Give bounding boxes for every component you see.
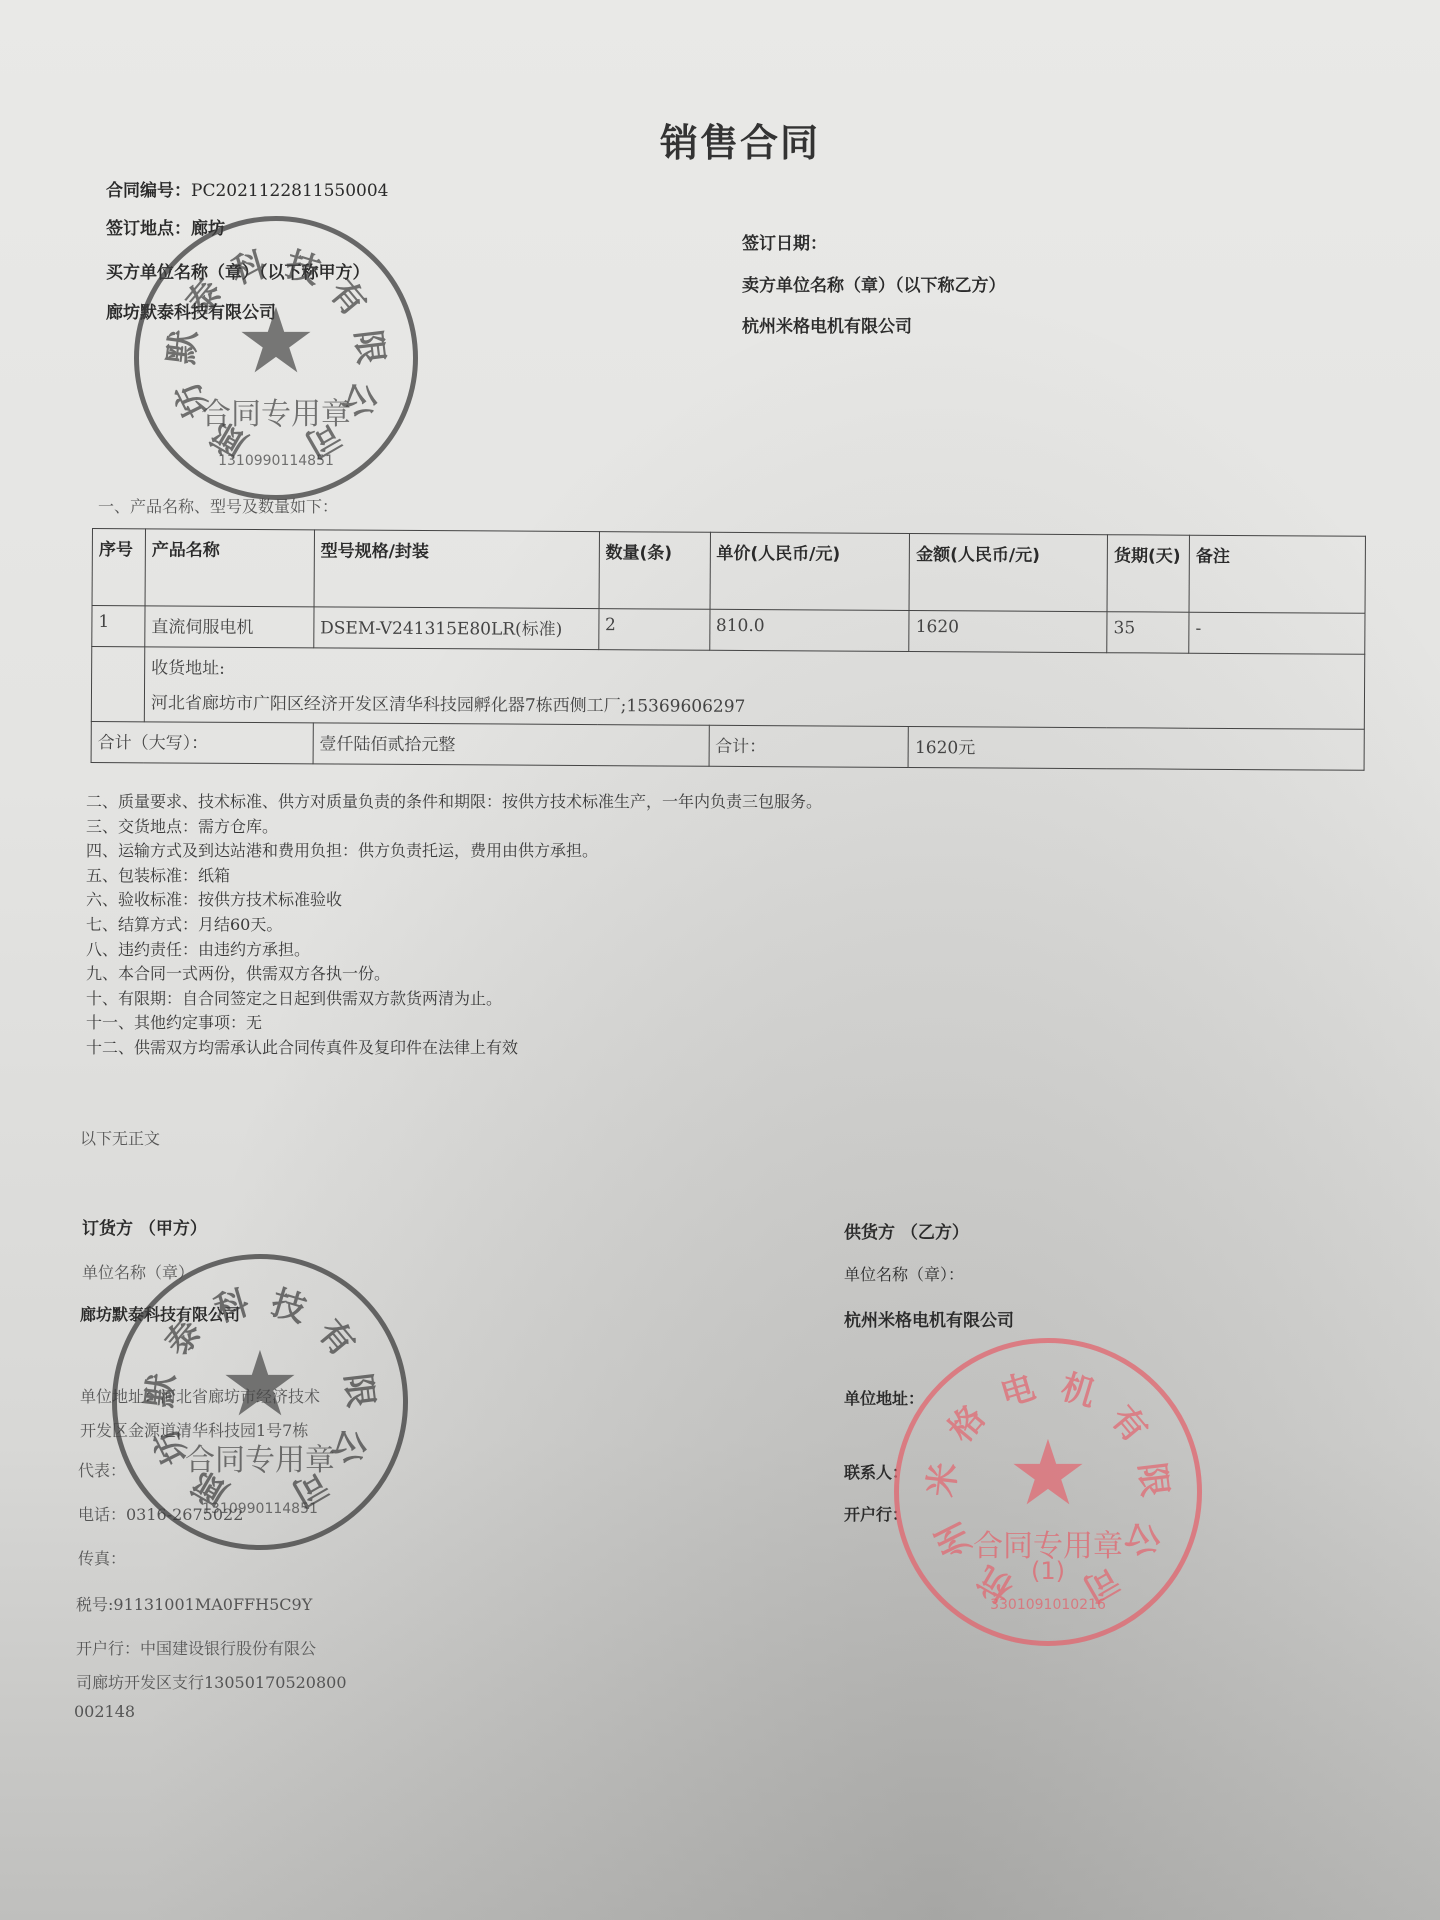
- party-a-bank-1: 开户行：中国建设银行股份有限公: [76, 1636, 316, 1659]
- cell-delivery-days: 35: [1107, 612, 1189, 653]
- clause-10: 十、有限期：自合同签定之日起到供需双方款货两清为止。: [86, 987, 822, 1012]
- clause-3: 三、交货地点：需方仓库。: [86, 815, 822, 840]
- party-a-name-label: 单位名称（章）: [82, 1260, 194, 1283]
- col-header: 金额(人民币/元): [909, 533, 1107, 611]
- party-b-contact-label: 联系人：: [844, 1460, 908, 1483]
- clause-12: 十二、供需双方均需承认此合同传真件及复印件在法律上有效: [86, 1036, 822, 1061]
- clause-4: 四、运输方式及到达站港和费用负担：供方负责托运，费用由供方承担。: [86, 839, 822, 864]
- seller-label: 卖方单位名称（章）（以下称乙方）: [742, 271, 1006, 296]
- seal-code: 3301091010216: [899, 1597, 1197, 1613]
- address-spacer: [91, 647, 144, 722]
- party-a-address-1: 单位地址：河北省廊坊市经济技术: [80, 1384, 320, 1407]
- clause-8: 八、违约责任：由违约方承担。: [86, 938, 822, 963]
- seal-ring-char: 司: [285, 1461, 339, 1520]
- total-label: 合计：: [709, 725, 909, 767]
- col-header: 产品名称: [145, 529, 314, 607]
- seal-ring-char: 公: [333, 375, 392, 427]
- clause-9: 九、本合同一式两份，供需双方各执一份。: [86, 962, 822, 987]
- sign-place: 签订地点：廊坊: [106, 214, 225, 239]
- cell-model: DSEM-V241315E80LR(标准): [314, 607, 599, 650]
- table-header-row: 序号 产品名称 型号规格/封装 数量(条) 单价(人民币/元) 金额(人民币/元…: [92, 529, 1365, 614]
- party-b-address-label: 单位地址：: [844, 1386, 924, 1409]
- seal-ring-char: 限: [336, 1370, 389, 1409]
- col-header: 货期(天): [1107, 535, 1189, 612]
- party-a-heading: 订货方 （甲方）: [82, 1214, 207, 1239]
- party-a-tax-id: 税号:91131001MA0FFH5C9Y: [76, 1592, 312, 1615]
- seal-ring-char: 公: [1116, 1515, 1175, 1567]
- buyer-name: 廊坊默泰科技有限公司: [106, 298, 276, 323]
- party-a-bank-3: 002148: [74, 1702, 135, 1721]
- seal-ring-char: 限: [1130, 1460, 1183, 1499]
- seal-inner-text: 合同专用章: [117, 1435, 403, 1479]
- seal-ring-char: 州: [921, 1515, 980, 1567]
- col-header: 序号: [92, 529, 145, 606]
- seal-ring-char: 米: [913, 1460, 966, 1499]
- address-label: 收货地址:: [151, 653, 1358, 685]
- seal-inner-text: 合同专用章: [139, 389, 413, 433]
- seal-ring-char: 限: [346, 327, 399, 366]
- star-icon: ★: [1008, 1429, 1089, 1519]
- sign-date-label: 签订日期：: [742, 229, 827, 254]
- cell-amount: 1620: [909, 610, 1107, 652]
- party-b-name-label: 单位名称（章）：: [844, 1262, 964, 1285]
- cell-unit-price: 810.0: [709, 609, 909, 651]
- seal-code: 1310990114851: [139, 453, 413, 469]
- buyer-label: 买方单位名称（章）（以下称甲方）: [106, 258, 370, 283]
- party-b-heading: 供货方 （乙方）: [844, 1218, 969, 1243]
- col-header: 型号规格/封装: [314, 530, 599, 609]
- address-row: 收货地址: 河北省廊坊市广阳区经济开发区清华科技园孵化器7栋西侧工厂;15369…: [91, 647, 1364, 730]
- party-a-fax: 传真：: [78, 1546, 126, 1569]
- seal-ring-char: 技: [266, 1275, 313, 1332]
- sign-place-value: 廊坊: [191, 219, 225, 239]
- page-title: 销售合同: [660, 112, 820, 167]
- total-caps-label: 合计（大写）：: [91, 721, 313, 763]
- party-a-name: 廊坊默泰科技有限公司: [80, 1302, 240, 1325]
- seal-inner-text: 合同专用章: [899, 1521, 1197, 1565]
- seal-ring-char: 机: [1056, 1359, 1103, 1416]
- seal-sub-text: (1): [899, 1557, 1197, 1585]
- total-row: 合计（大写）： 壹仟陆佰贰拾元整 合计： 1620元: [91, 721, 1364, 770]
- seal-ring-char: 司: [298, 412, 352, 471]
- party-b-name: 杭州米格电机有限公司: [844, 1306, 1014, 1331]
- seal-ring-text: 杭州米格电机有限公司: [899, 1343, 1197, 1641]
- party-a-rep: 代表：: [78, 1458, 126, 1481]
- clause-2: 二、质量要求、技术标准、供方对质量负责的条件和期限：按供方技术标准生产，一年内负…: [86, 790, 822, 815]
- product-table: 序号 产品名称 型号规格/封装 数量(条) 单价(人民币/元) 金额(人民币/元…: [91, 528, 1366, 771]
- seller-name: 杭州米格电机有限公司: [742, 312, 912, 337]
- contract-number: 合同编号：PC2021122811550004: [106, 176, 389, 201]
- sign-place-label: 签订地点：: [106, 219, 191, 239]
- seal-ring-char: 有: [309, 1307, 368, 1365]
- total-value: 1620元: [908, 726, 1364, 770]
- address-value: 河北省廊坊市广阳区经济开发区清华科技园孵化器7栋西侧工厂;15369606297: [151, 688, 1358, 720]
- clause-7: 七、结算方式：月结60天。: [86, 913, 822, 938]
- clause-11: 十一、其他约定事项：无: [86, 1011, 822, 1036]
- seal-ring-char: 杭: [967, 1557, 1021, 1616]
- seal-ring-char: 司: [1076, 1557, 1130, 1616]
- section-1-title: 一、产品名称、型号及数量如下：: [98, 494, 338, 517]
- col-header: 备注: [1189, 535, 1365, 613]
- contract-number-label: 合同编号：: [106, 181, 191, 201]
- cell-product-name: 直流伺服电机: [145, 606, 314, 648]
- party-a-phone: 电话：0316-2675022: [78, 1502, 243, 1525]
- address-cell: 收货地址: 河北省廊坊市广阳区经济开发区清华科技园孵化器7栋西侧工厂;15369…: [144, 647, 1364, 729]
- cell-remark: -: [1189, 612, 1365, 654]
- clause-6: 六、验收标准：按供方技术标准验收: [86, 888, 822, 913]
- total-caps-value: 壹仟陆佰贰拾元整: [313, 723, 709, 766]
- col-header: 数量(条): [599, 532, 710, 610]
- cell-quantity: 2: [598, 609, 709, 651]
- seal-ring-char: 廊: [201, 412, 255, 471]
- seller-seal: 杭州米格电机有限公司 ★ 合同专用章 (1) 3301091010216: [894, 1338, 1202, 1646]
- seal-ring-char: 电: [993, 1359, 1040, 1416]
- col-header: 单价(人民币/元): [710, 532, 910, 610]
- contract-number-value: PC2021122811550004: [191, 181, 389, 201]
- party-a-bank-2: 司廊坊开发区支行13050170520800: [76, 1670, 347, 1693]
- clause-5: 五、包装标准：纸箱: [86, 864, 822, 889]
- seal-ring-char: 坊: [160, 375, 219, 427]
- party-a-address-2: 开发区金源道清华科技园1号7栋: [80, 1418, 308, 1441]
- party-b-bank-label: 开户行：: [844, 1502, 908, 1525]
- contract-clauses: 二、质量要求、技术标准、供方对质量负责的条件和期限：按供方技术标准生产，一年内负…: [86, 790, 822, 1061]
- seal-ring-char: 默: [153, 327, 206, 366]
- seal-ring-char: 公: [323, 1422, 382, 1474]
- cell-index: 1: [92, 606, 145, 647]
- seal-ring-char: 有: [1102, 1393, 1161, 1451]
- seal-ring-char: 格: [935, 1393, 994, 1451]
- end-note: 以下无正文: [80, 1126, 160, 1149]
